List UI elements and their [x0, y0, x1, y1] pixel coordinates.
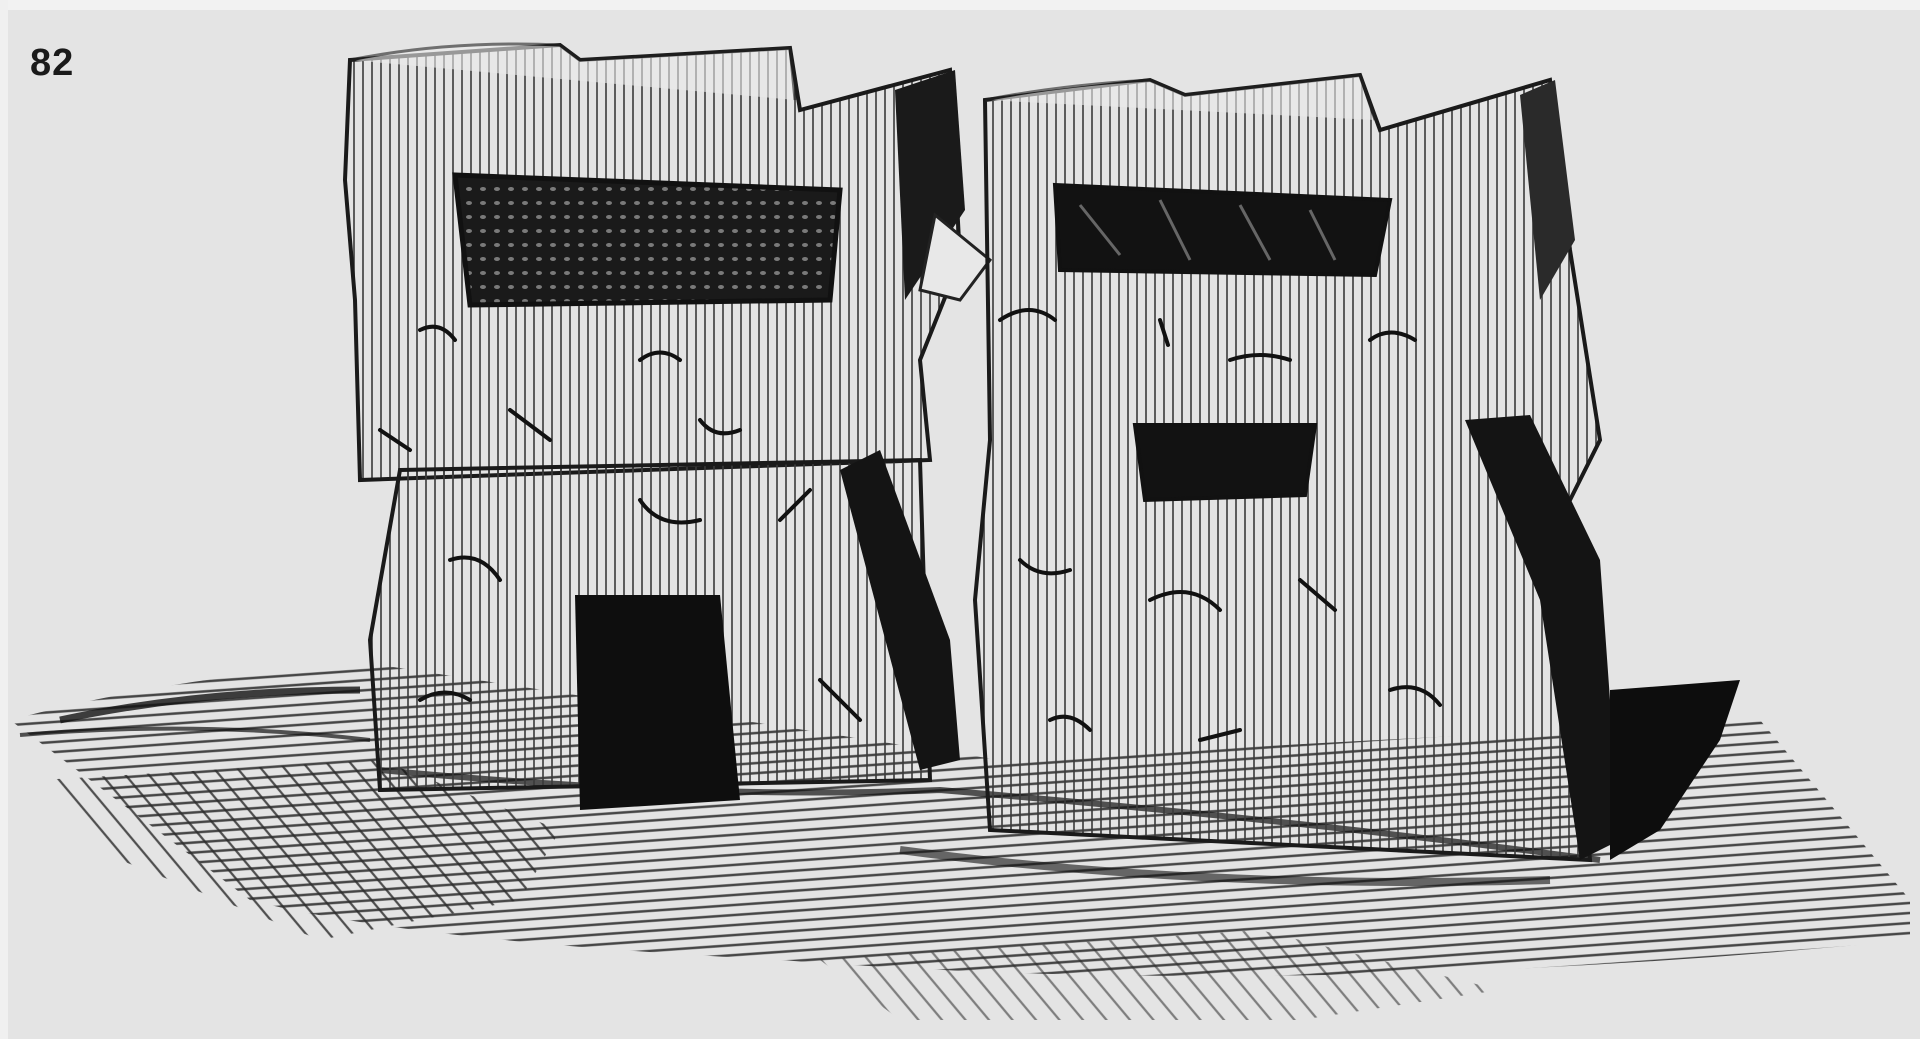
sketch-frame: 82: [0, 0, 1920, 1039]
building-sketch: [0, 0, 1920, 1039]
left-building: [345, 44, 965, 810]
figure-number: 82: [30, 42, 74, 85]
right-building: [975, 75, 1740, 860]
